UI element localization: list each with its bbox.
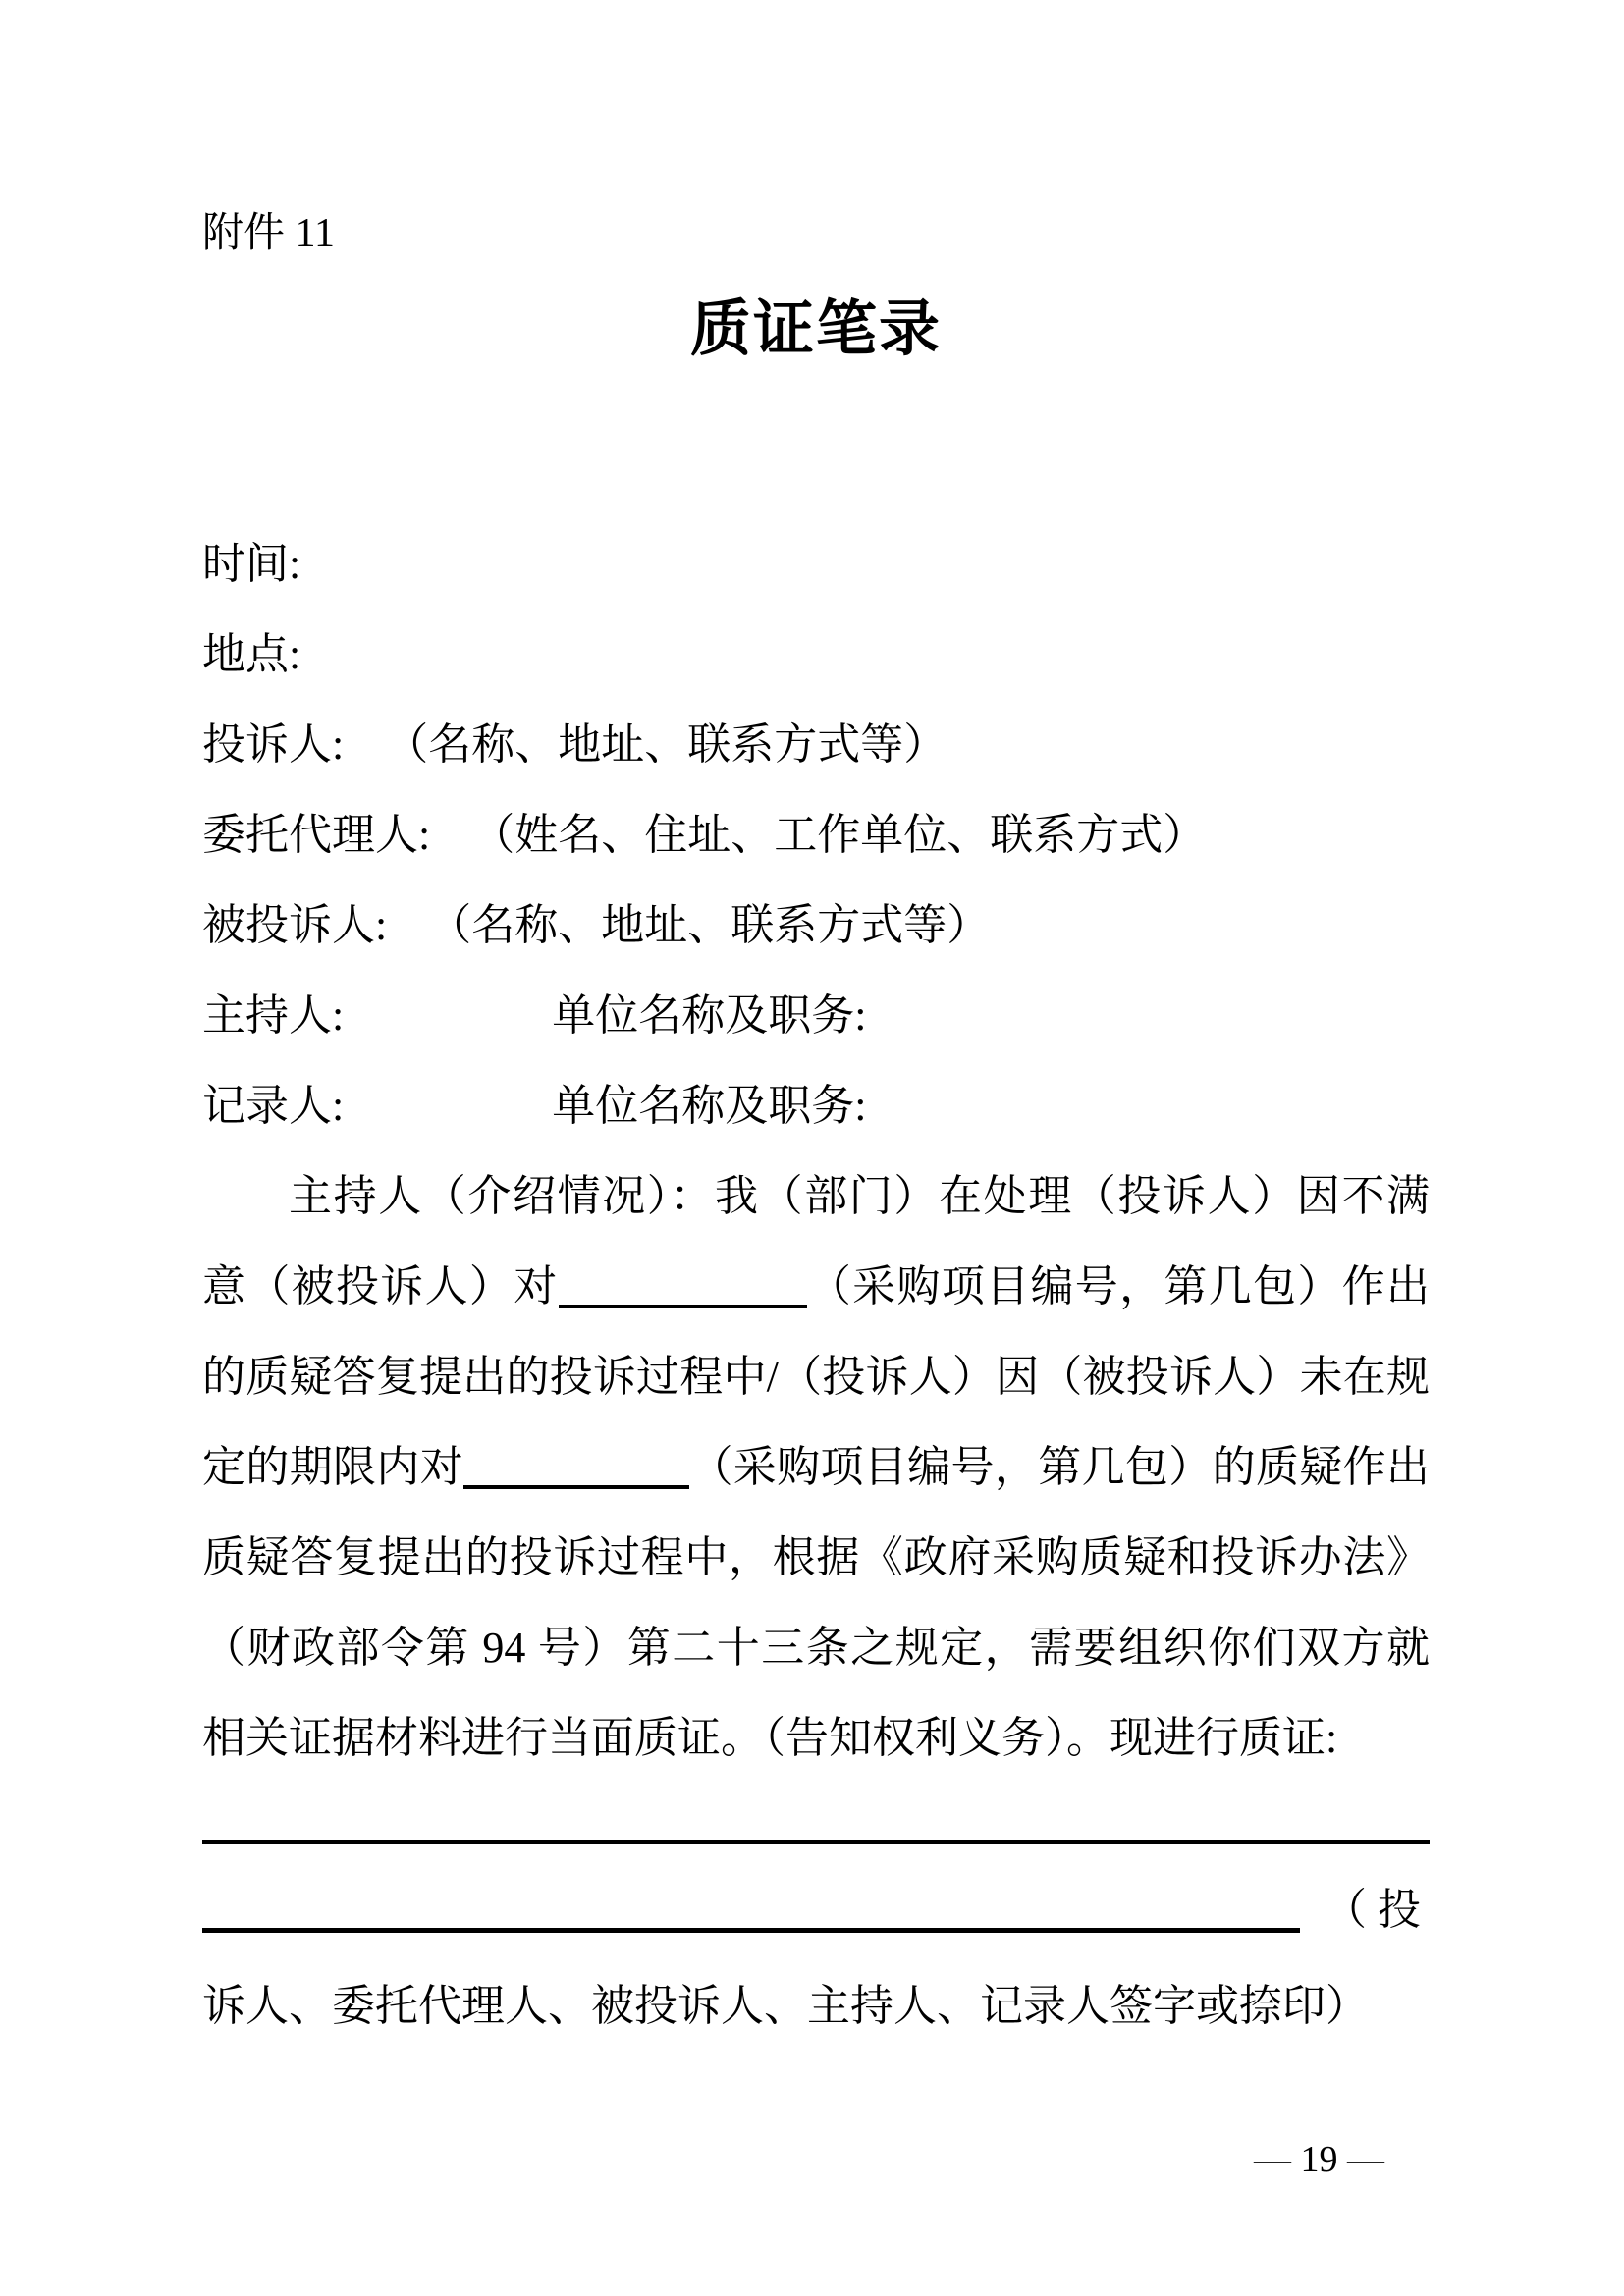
main-paragraph: 主持人（介绍情况）：我（部门）在处理（投诉人）因不满意（被投诉人）对（采购项目编… bbox=[202, 1151, 1430, 1784]
document-page: 附件 11 质证笔录 时间: 地点: 投诉人:（名称、地址、联系方式等） 委托代… bbox=[0, 0, 1624, 2296]
field-label: 主持人: bbox=[202, 991, 344, 1040]
document-body: 时间: 地点: 投诉人:（名称、地址、联系方式等） 委托代理人:（姓名、住址、工… bbox=[202, 519, 1430, 1784]
attachment-label: 附件 11 bbox=[202, 210, 335, 257]
signature-line-2: （ 投 bbox=[202, 1844, 1430, 1933]
blank-field-project-number-2 bbox=[463, 1466, 689, 1489]
field-note: 单位名称及职务: bbox=[552, 1082, 866, 1130]
field-line-respondent: 被投诉人:（名称、地址、联系方式等） bbox=[202, 881, 1430, 971]
field-note: 单位名称及职务: bbox=[552, 991, 866, 1040]
signature-instruction-line: 诉人、委托代理人、被投诉人、主持人、记录人签字或捺印） bbox=[202, 1982, 1430, 2031]
field-note: （姓名、住址、工作单位、联系方式） bbox=[471, 811, 1206, 859]
field-label: 地点: bbox=[202, 630, 300, 678]
field-label: 投诉人: bbox=[202, 721, 344, 769]
document-title: 质证笔录 bbox=[202, 297, 1430, 362]
field-line-complainant: 投诉人:（名称、地址、联系方式等） bbox=[202, 700, 1430, 790]
field-line-time: 时间: bbox=[202, 519, 1430, 610]
page-number: — 19 — bbox=[1254, 2140, 1384, 2179]
field-label: 时间: bbox=[202, 540, 300, 588]
blank-field-project-number-1 bbox=[559, 1285, 807, 1308]
signature-blank-line-1 bbox=[202, 1784, 1430, 1844]
field-line-location: 地点: bbox=[202, 610, 1430, 700]
signature-blank-line-2 bbox=[202, 1928, 1300, 1933]
field-line-host: 主持人:单位名称及职务: bbox=[202, 971, 1430, 1061]
field-note: （名称、地址、联系方式等） bbox=[428, 901, 990, 949]
field-note: （名称、地址、联系方式等） bbox=[385, 721, 947, 769]
field-label: 被投诉人: bbox=[202, 901, 387, 949]
field-label: 记录人: bbox=[202, 1082, 344, 1130]
signature-paren-text: （ 投 bbox=[1324, 1888, 1421, 1933]
field-label: 委托代理人: bbox=[202, 811, 430, 859]
field-line-recorder: 记录人:单位名称及职务: bbox=[202, 1061, 1430, 1151]
field-line-agent: 委托代理人:（姓名、住址、工作单位、联系方式） bbox=[202, 790, 1430, 881]
